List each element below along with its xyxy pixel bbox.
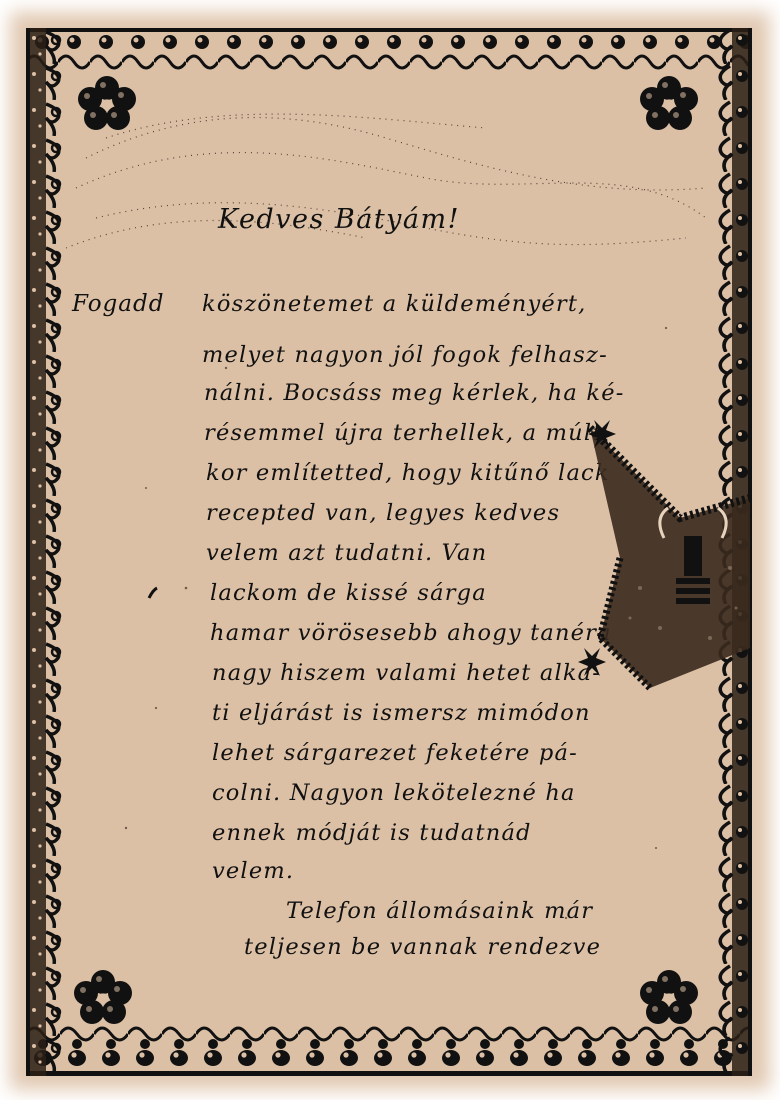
letter-first-word: Fogadd bbox=[72, 291, 164, 317]
letter-line: kor említetted, hogy kitűnő lack bbox=[206, 460, 610, 486]
letter-line: köszönetemet a küldeményért, bbox=[202, 291, 586, 317]
embroidered-pouch-icon bbox=[560, 408, 752, 708]
letter-line: recepted van, legyes kedves bbox=[206, 500, 560, 526]
letter-line: nagy hiszem valami hetet alka- bbox=[212, 660, 601, 686]
letter-line: lackom de kissé sárga bbox=[210, 580, 487, 606]
salutation: Kedves Bátyám! bbox=[218, 204, 460, 235]
letter-line: melyet nagyon jól fogok felhasz- bbox=[202, 342, 608, 368]
letter-line: résemmel újra terhellek, a múlt- bbox=[204, 420, 611, 446]
letter-line: colni. Nagyon lekötelezné ha bbox=[212, 780, 576, 806]
letter-line: ti eljárást is ismersz mimódon bbox=[212, 700, 591, 726]
letter-line: hamar vörösesebb ahogy tanéra bbox=[210, 620, 612, 646]
letter-page: Kedves Bátyám! Fogadd köszönetemet a kül… bbox=[26, 28, 752, 1076]
letter-line: velem azt tudatni. Van bbox=[206, 540, 487, 566]
letter-line: nálni. Bocsáss meg kérlek, ha ké- bbox=[204, 380, 625, 406]
letter-line: ennek módját is tudatnád bbox=[212, 820, 532, 846]
letter-line: teljesen be vannak rendezve bbox=[244, 934, 601, 960]
letter-line: Telefon állomásaink már bbox=[286, 898, 593, 924]
letter-line: lehet sárgarezet feketére pá- bbox=[212, 740, 578, 766]
letter-line: velem. bbox=[212, 858, 294, 884]
